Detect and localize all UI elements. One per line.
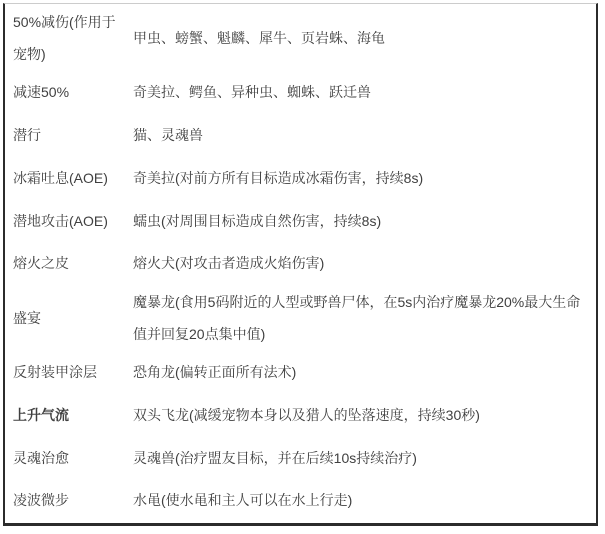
table-row: 冰霜吐息(AOE)奇美拉(对前方所有目标造成冰霜伤害，持续8s) [5,157,596,198]
ability-cell: 反射装甲涂层 [5,356,120,388]
ability-cell: 盛宴 [5,302,120,334]
table-row: 熔火之皮熔火犬(对攻击者造成火焰伤害) [5,243,596,284]
ability-cell: 熔火之皮 [5,247,120,279]
ability-cell: 凌波微步 [5,484,120,516]
table-row: 反射装甲涂层恐角龙(偏转正面所有法术) [5,352,596,393]
ability-cell: 灵魂治愈 [5,442,120,474]
pets-cell: 甲虫、螃蟹、魁麟、犀牛、页岩蛛、海龟 [120,22,596,54]
pet-ability-table: 50%减伤(作用于宠物)甲虫、螃蟹、魁麟、犀牛、页岩蛛、海龟减速50%奇美拉、鳄… [3,3,598,526]
table-row: 盛宴魔暴龙(食用5码附近的人型或野兽尸体，在5s内治疗魔暴龙20%最大生命值并回… [5,286,596,350]
ability-cell: 减速50% [5,76,120,108]
table-row: 减速50%奇美拉、鳄鱼、异种虫、蜘蛛、跃迁兽 [5,72,596,113]
pets-cell: 蠕虫(对周围目标造成自然伤害，持续8s) [120,205,596,237]
ability-cell: 潜地攻击(AOE) [5,205,120,237]
screenshot-root: 50%减伤(作用于宠物)甲虫、螃蟹、魁麟、犀牛、页岩蛛、海龟减速50%奇美拉、鳄… [0,0,605,534]
pets-cell: 奇美拉(对前方所有目标造成冰霜伤害，持续8s) [120,162,596,194]
pets-cell: 恐角龙(偏转正面所有法术) [120,356,596,388]
pets-cell: 猫、灵魂兽 [120,119,596,151]
pets-cell: 奇美拉、鳄鱼、异种虫、蜘蛛、跃迁兽 [120,76,596,108]
pets-cell: 灵魂兽(治疗盟友目标，并在后续10s持续治疗) [120,442,596,474]
ability-cell: 上升气流 [5,399,120,431]
pets-cell: 魔暴龙(食用5码附近的人型或野兽尸体，在5s内治疗魔暴龙20%最大生命值并回复2… [120,286,596,350]
ability-cell: 冰霜吐息(AOE) [5,162,120,194]
table-row: 上升气流双头飞龙(减缓宠物本身以及猎人的坠落速度，持续30秒) [5,394,596,435]
table-row: 凌波微步水黾(使水黾和主人可以在水上行走) [5,480,596,521]
ability-cell: 潜行 [5,119,120,151]
table-row: 50%减伤(作用于宠物)甲虫、螃蟹、魁麟、犀牛、页岩蛛、海龟 [5,6,596,70]
pets-cell: 水黾(使水黾和主人可以在水上行走) [120,484,596,516]
pets-cell: 熔火犬(对攻击者造成火焰伤害) [120,247,596,279]
table-row: 潜地攻击(AOE)蠕虫(对周围目标造成自然伤害，持续8s) [5,200,596,241]
table-row: 灵魂治愈灵魂兽(治疗盟友目标，并在后续10s持续治疗) [5,437,596,478]
table-row: 潜行猫、灵魂兽 [5,115,596,156]
ability-cell: 50%减伤(作用于宠物) [5,6,120,70]
pets-cell: 双头飞龙(减缓宠物本身以及猎人的坠落速度，持续30秒) [120,399,596,431]
